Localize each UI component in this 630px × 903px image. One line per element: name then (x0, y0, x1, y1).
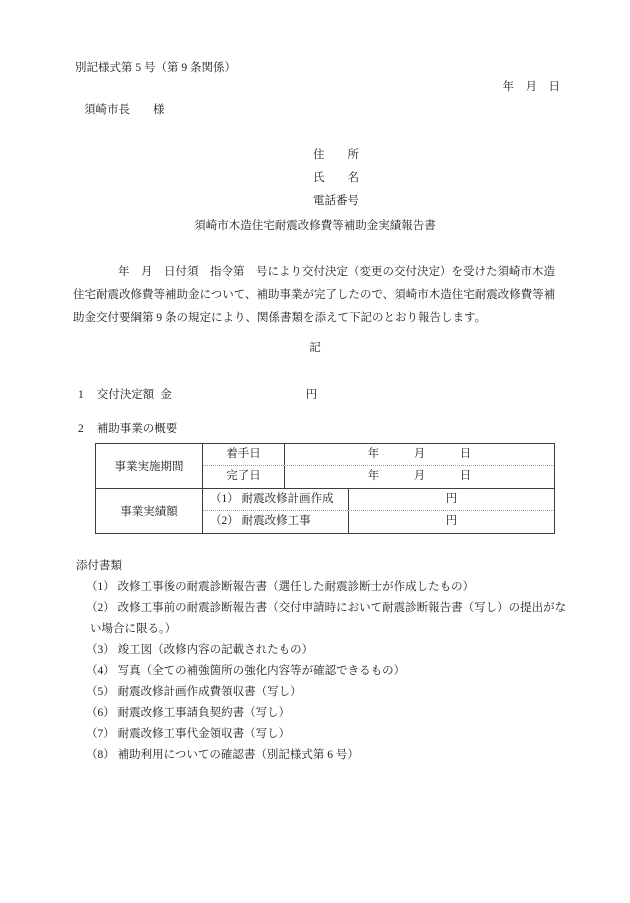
grant-amount-label: 交付決定額 (97, 389, 155, 401)
results-rows: （1） 耐震改修計画作成 円 （2） 耐震改修工事 円 (203, 489, 554, 533)
results-header-cell: 事業実績額 (96, 489, 203, 533)
attachment-item-1: （1） 改修工事後の耐震診断報告書（選任した耐震診断士が作成したもの） (86, 577, 566, 598)
start-date-label-cell: 着手日 (203, 444, 285, 465)
attachment-item-7: （7） 耐震改修工事代金領収書（写し） (86, 724, 566, 745)
address-label: 住 所 (313, 144, 359, 167)
end-date-value-cell: 年 月 日 (285, 466, 554, 488)
project-overview-heading: 2補助事業の概要 (78, 420, 177, 436)
overview-label: 補助事業の概要 (97, 423, 178, 435)
results-group: 事業実績額 （1） 耐震改修計画作成 円 （2） 耐震改修工事 円 (96, 488, 554, 533)
attachments-section: 添付書類 （1） 改修工事後の耐震診断報告書（選任した耐震診断士が作成したもの）… (76, 556, 566, 766)
plan-label-cell: （1） 耐震改修計画作成 (203, 489, 349, 510)
construction-label-cell: （2） 耐震改修工事 (203, 511, 349, 533)
period-header-cell: 事業実施期間 (96, 444, 203, 488)
date-line: 年 月 日 (503, 78, 561, 94)
table-row: 着手日 年 月 日 (203, 444, 554, 466)
attachment-item-5: （5） 耐震改修計画作成費領収書（写し） (86, 682, 566, 703)
attachments-heading: 添付書類 (76, 556, 566, 577)
table-row: （2） 耐震改修工事 円 (203, 511, 554, 533)
body-line-2: 住宅耐震改修費等補助金について、補助事業が完了したので、須崎市木造住宅耐震改修費… (73, 284, 559, 307)
plan-value-cell: 円 (349, 489, 554, 510)
body-line-3: 助金交付要綱第 9 条の規定により、関係書類を添えて下記のとおり報告します。 (73, 307, 559, 330)
attachment-item-6: （6） 耐震改修工事請負契約書（写し） (86, 703, 566, 724)
grant-amount-line: 1交付決定額金円 (78, 386, 317, 402)
table-row: 完了日 年 月 日 (203, 466, 554, 488)
addressee: 須崎市長 様 (84, 101, 165, 117)
project-overview-table: 事業実施期間 着手日 年 月 日 完了日 年 月 日 事業実績額 （1） 耐震改… (95, 443, 555, 534)
period-group: 事業実施期間 着手日 年 月 日 完了日 年 月 日 (96, 444, 554, 488)
name-label: 氏 名 (313, 167, 359, 190)
end-date-label-cell: 完了日 (203, 466, 285, 488)
phone-label: 電話番号 (313, 190, 359, 213)
period-rows: 着手日 年 月 日 完了日 年 月 日 (203, 444, 554, 488)
start-date-value-cell: 年 月 日 (285, 444, 554, 465)
attachment-item-8: （8） 補助利用についての確認書（別記様式第 6 号） (86, 745, 566, 766)
sender-block: 住 所 氏 名 電話番号 (313, 144, 359, 213)
document-page: 別記様式第 5 号（第 9 条関係） 年 月 日 須崎市長 様 住 所 氏 名 … (0, 0, 630, 903)
attachment-item-2: （2） 改修工事前の耐震診断報告書（交付申請時において耐震診断報告書（写し）の提… (86, 598, 566, 619)
construction-value-cell: 円 (349, 511, 554, 533)
attachment-item-3: （3） 竣工図（改修内容の記載されたもの） (86, 640, 566, 661)
overview-number: 2 (78, 423, 84, 435)
attachment-item-4: （4） 写真（全ての補強箇所の強化内容等が確認できるもの） (86, 661, 566, 682)
table-row: （1） 耐震改修計画作成 円 (203, 489, 554, 511)
body-line-1: 年 月 日付須 指令第 号により交付決定（変更の交付決定）を受けた須崎市木造 (73, 261, 559, 284)
currency-prefix: 金 (160, 389, 172, 401)
document-title: 須崎市木造住宅耐震改修費等補助金実績報告書 (0, 217, 630, 233)
ki-marker: 記 (0, 339, 630, 355)
currency-suffix: 円 (306, 389, 318, 401)
body-paragraph: 年 月 日付須 指令第 号により交付決定（変更の交付決定）を受けた須崎市木造 住… (73, 261, 559, 330)
form-number: 別記様式第 5 号（第 9 条関係） (75, 59, 236, 75)
grant-amount-number: 1 (78, 389, 84, 401)
attachment-item-2-continuation: い場合に限る。） (90, 619, 566, 640)
